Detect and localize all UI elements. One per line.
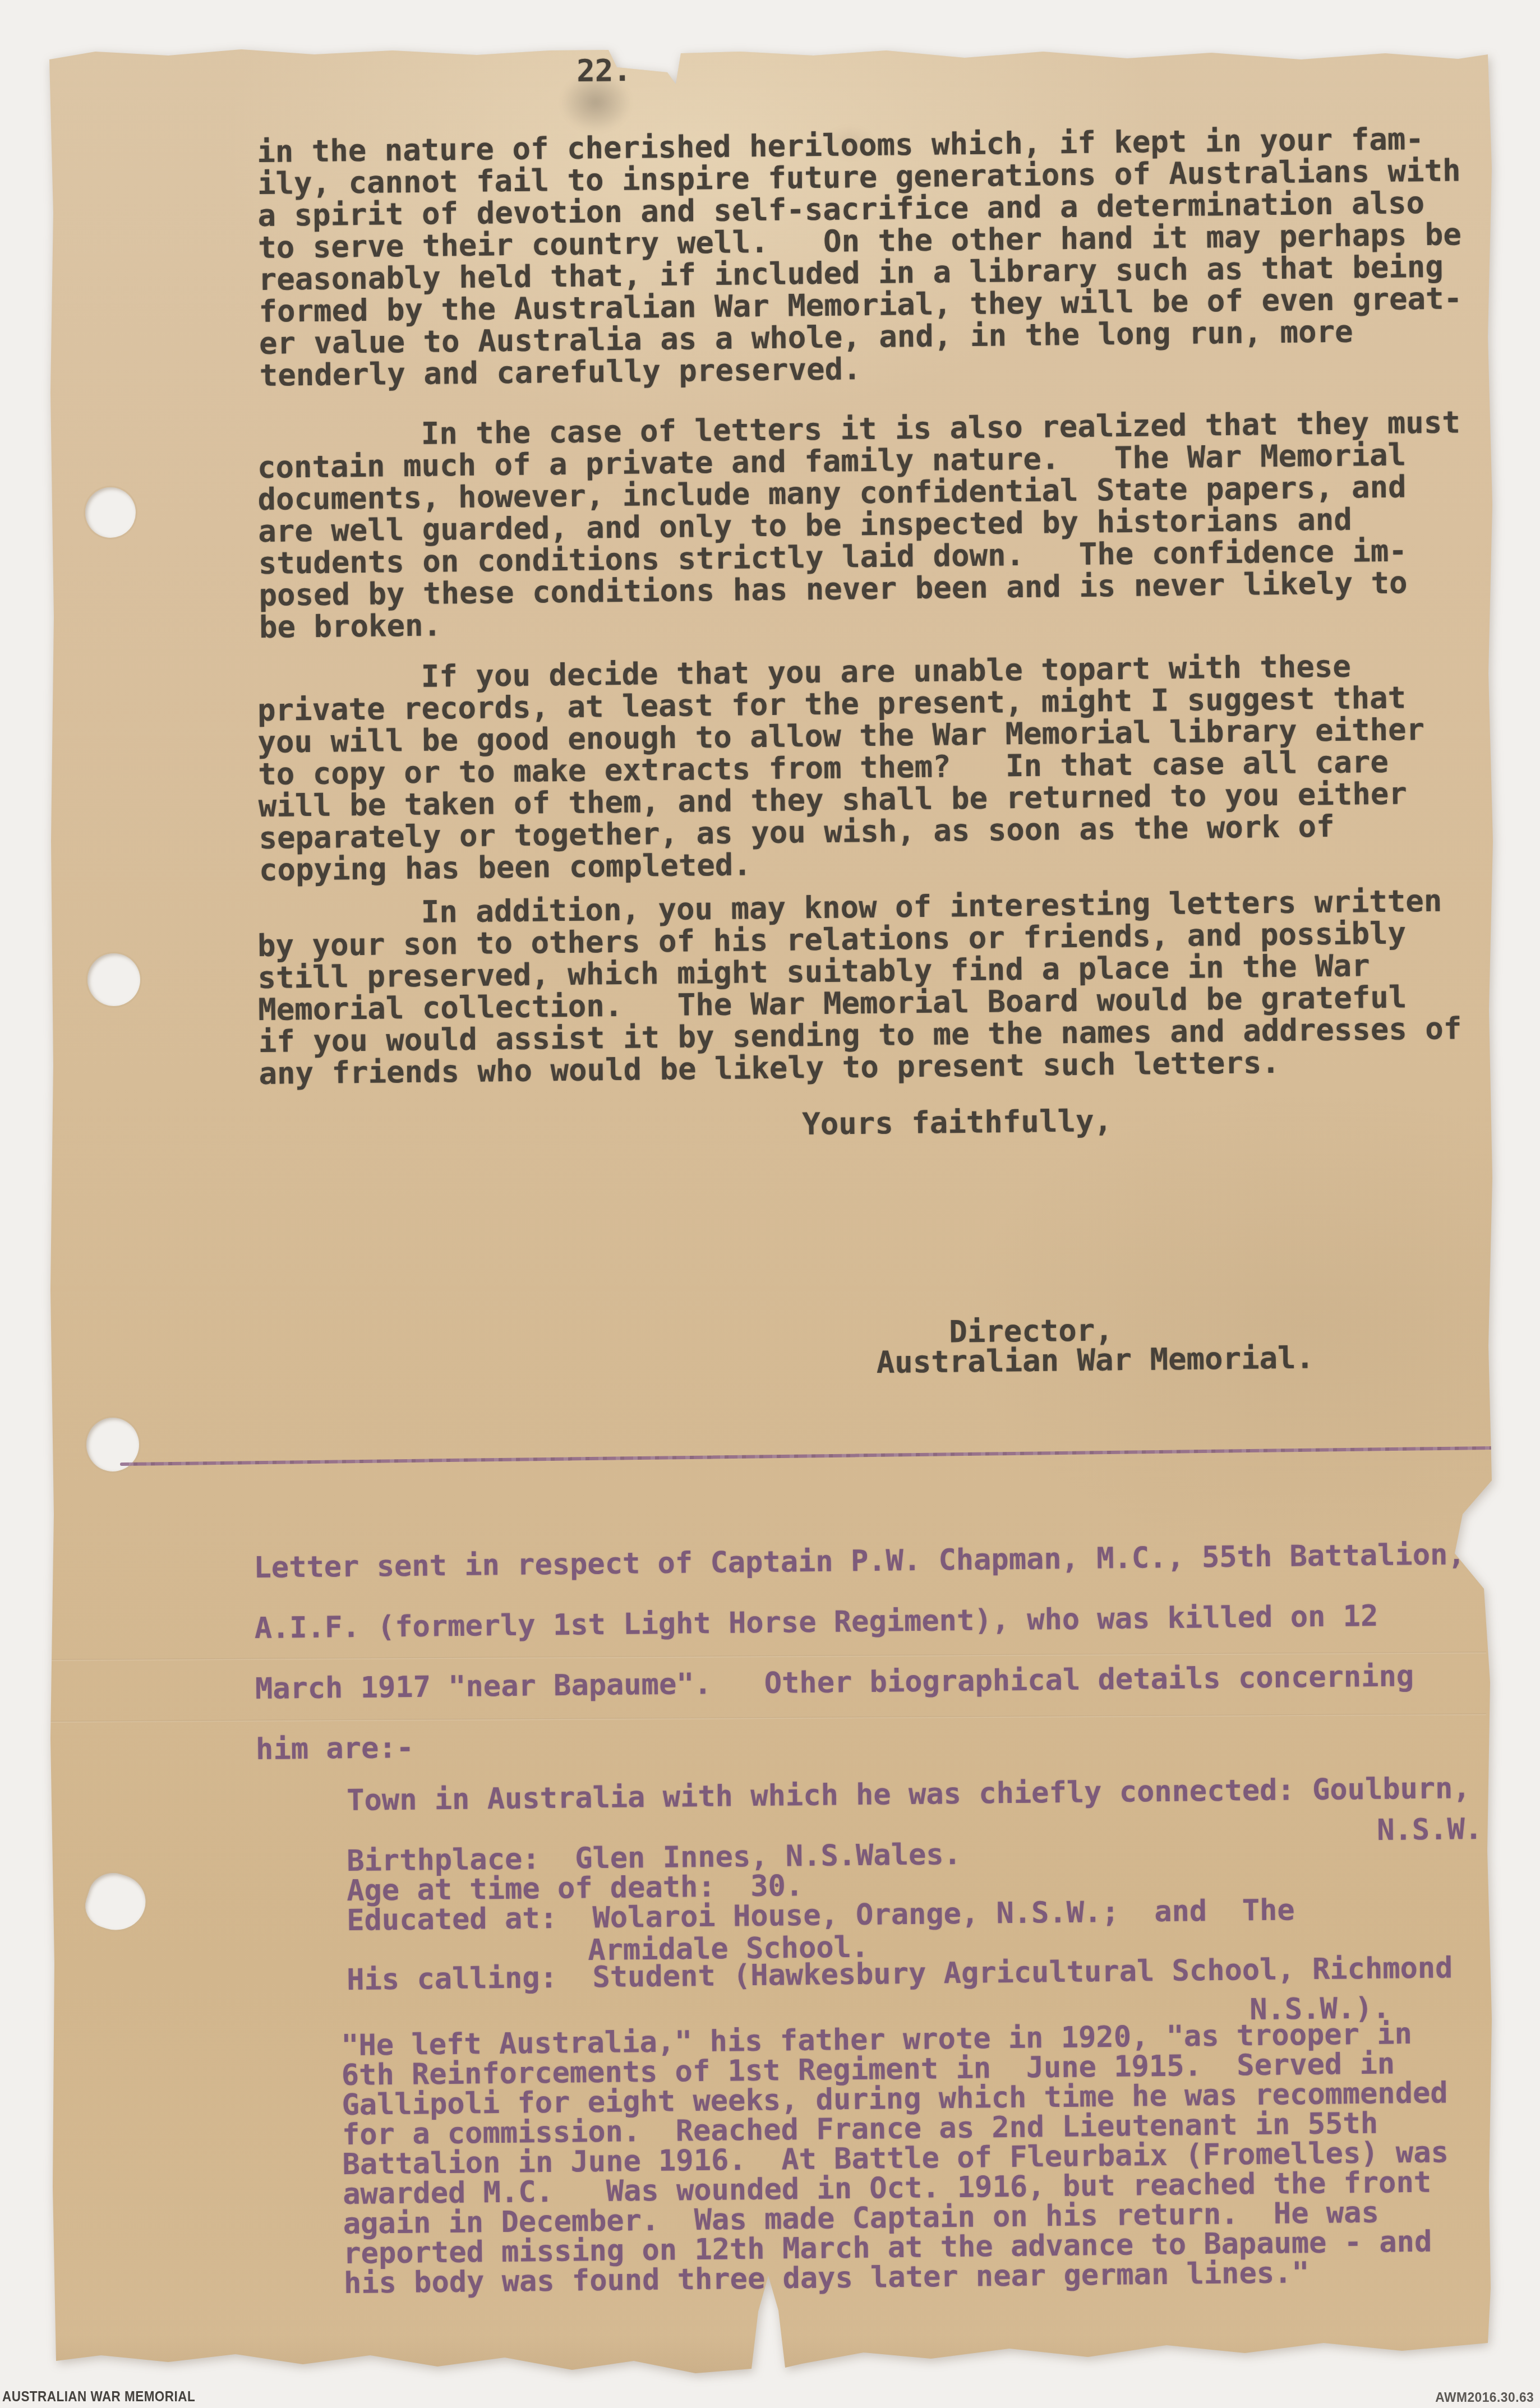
valediction: Yours faithfully, <box>802 1105 1112 1140</box>
letter-paragraph-3: If you decide that you are unable topart… <box>257 649 1426 886</box>
paper-shadow-wrap: 22. in the nature of cherished herilooms… <box>0 0 1540 2408</box>
scanned-document-background: 22. in the nature of cherished herilooms… <box>0 0 1540 2408</box>
father-quote: "He left Australia," his father wrote in… <box>341 2019 1450 2299</box>
footer-institution-label: AUSTRALIAN WAR MEMORIAL <box>2 2389 195 2405</box>
torn-edge-shading <box>49 2335 1492 2386</box>
detail-calling: His calling: Student (Hawkesbury Agricul… <box>347 1953 1453 1995</box>
page-number: 22. <box>577 54 631 87</box>
letter-page: 22. in the nature of cherished herilooms… <box>0 0 1540 2408</box>
punch-hole-2 <box>87 953 140 1006</box>
divider-line <box>120 1446 1494 1466</box>
detail-town-region: N.S.W. <box>1377 1815 1482 1846</box>
annotation-intro: Letter sent in respect of Captain P.W. C… <box>253 1524 1468 1780</box>
punch-hole-1 <box>85 487 136 538</box>
signature-block: Director, Australian War Memorial. <box>876 1313 1314 1377</box>
detail-town: Town in Australia with which he was chie… <box>347 1774 1470 1816</box>
letter-paragraph-4: In addition, you may know of interesting… <box>257 884 1462 1090</box>
punch-hole-4 <box>80 1866 153 1938</box>
letter-paragraph-1: in the nature of cherished herilooms whi… <box>257 122 1463 391</box>
letter-paragraph-2: In the case of letters it is also realiz… <box>257 406 1463 643</box>
footer-accession-number: AWM2016.30.63 <box>1435 2390 1534 2406</box>
